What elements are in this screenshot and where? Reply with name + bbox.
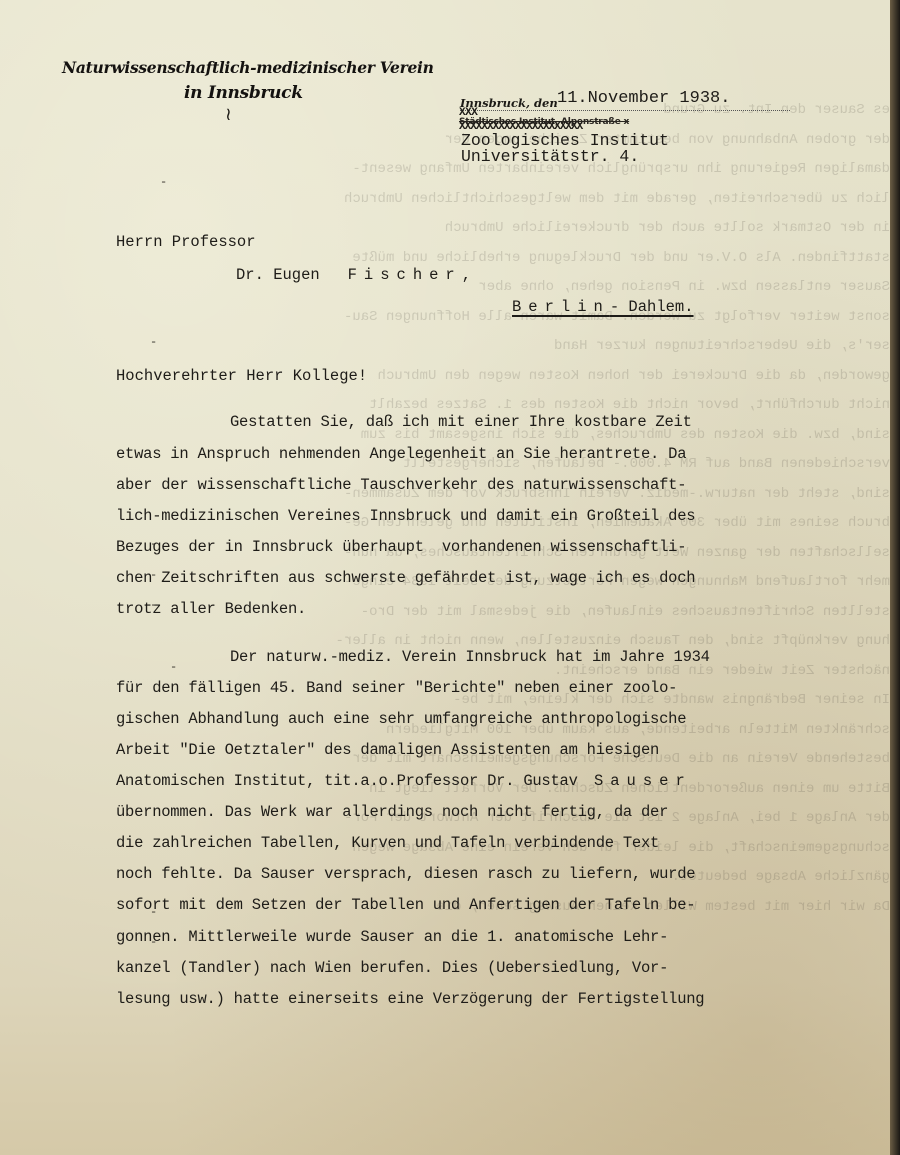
body-line: aber der wissenschaftliche Tauschverkehr… [116,476,686,494]
body-line: Arbeit "Die Oetztaler" des damaligen Ass… [116,741,659,759]
margin-dash: - [160,175,167,189]
body-line: gonnen. Mittlerweile wurde Sauser an die… [116,928,668,946]
body-line: gischen Abhandlung auch eine sehr umfang… [116,710,686,728]
body-line: noch fehlte. Da Sauser versprach, diesen… [116,865,695,883]
body-line: die zahlreichen Tabellen, Kurven und Taf… [116,834,659,852]
letterhead-organization: Naturwissenschaftlich-medizinischer Vere… [62,58,434,77]
body-line: für den fälligen 45. Band seiner "Berich… [116,679,677,697]
body-line: etwas in Anspruch nehmenden Angelegenhei… [116,445,686,463]
recipient-city-spaced: Berlin [512,298,610,316]
page-edge [890,0,900,1155]
recipient-comma: , [462,266,471,284]
letterhead-city: in Innsbruck [184,83,303,103]
recipient-surname: Fischer [348,266,462,284]
margin-dash: - [150,335,157,349]
body-line: kanzel (Tandler) nach Wien berufen. Dies… [116,959,668,977]
body-line: chen Zeitschriften aus schwerste gefährd… [116,569,695,587]
handwritten-mark-icon: ≀ [225,104,232,125]
recipient-name-prefix: Dr. Eugen [236,266,320,284]
body-line: lesung usw.) hatte einerseits eine Verzö… [116,990,704,1008]
bleedthrough-text: es Sauser den Int. zu Grund der groben A… [150,96,890,1026]
margin-dash: - [150,598,157,612]
body-line: Der naturw.-mediz. Verein Innsbruck hat … [230,648,710,666]
salutation: Hochverehrter Herr Kollege! [116,367,367,385]
body-line: Bezuges der in Innsbruck überhaupt vorha… [116,538,686,556]
recipient-city: Berlin- Dahlem. [512,298,694,316]
body-line: übernommen. Das Werk war allerdings noch… [116,803,668,821]
date-dotted-line [460,110,790,111]
recipient-name: Dr. Eugen Fischer, [236,266,471,284]
body-line: lich-medizinischen Vereines Innsbruck un… [116,507,695,525]
margin-dash: - [150,537,157,551]
sender-street: Universitätstr. 4. [461,147,639,166]
recipient-title: Herrn Professor [116,233,256,251]
body-line: Anatomischen Institut, tit.a.o.Professor… [116,772,692,790]
margin-dash: - [150,568,157,582]
body-line: sofort mit dem Setzen der Tabellen und A… [116,896,695,914]
body-line: trotz aller Bedenken. [116,600,306,618]
body-line: Gestatten Sie, daß ich mit einer Ihre ko… [230,413,692,431]
recipient-city-suffix: - Dahlem. [610,298,694,316]
margin-dash: - [170,660,177,674]
letter-date: 11.November 1938. [557,89,730,108]
margin-dash: - [150,905,157,919]
surname-sauser-spaced: Sauser [578,772,692,790]
margin-dash: - [150,935,157,949]
